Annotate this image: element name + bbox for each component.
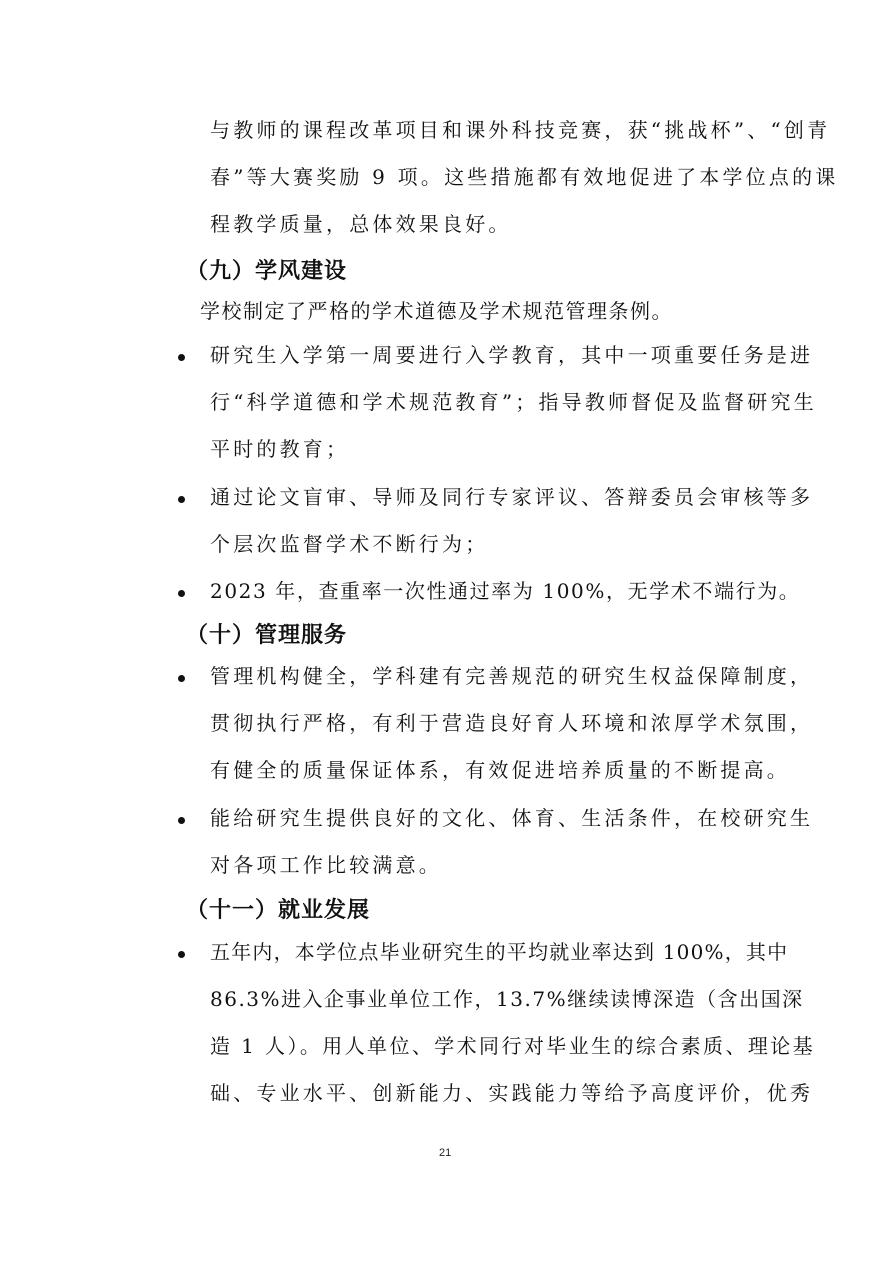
text-line: 与教师的课程改革项目和课外科技竞赛，获“挑战杯”、“创青	[210, 118, 830, 142]
list-item-line: 能给研究生提供良好的文化、体育、生活条件，在校研究生	[210, 806, 813, 830]
list-item-line: 研究生入学第一周要进行入学教育，其中一项重要任务是进	[210, 343, 813, 367]
list-item-line: 管理机构健全，学科建有完善规范的研究生权益保障制度，	[210, 664, 813, 688]
bullet-icon	[178, 354, 185, 361]
section-heading: （十一）就业发展	[186, 898, 370, 924]
list-item-line: 行“科学道德和学术规范教育”；指导教师督促及监督研究生	[210, 390, 817, 414]
list-item-line: 86.3%进入企事业单位工作，13.7%继续读博深造（含出国深	[210, 987, 804, 1011]
text-line: 程教学质量，总体效果良好。	[210, 212, 512, 236]
list-item-line: 通过论文盲审、导师及同行专家评议、答辩委员会审核等多	[210, 485, 813, 509]
list-item-line: 贯彻执行严格，有利于营造良好育人环境和浓厚学术氛围，	[210, 711, 813, 735]
page-number: 21	[439, 1147, 451, 1159]
list-item-line: 有健全的质量保证体系，有效促进培养质量的不断提高。	[210, 758, 790, 782]
list-item-line: 五年内，本学位点毕业研究生的平均就业率达到 100%，其中	[210, 940, 788, 964]
text-line: 春”等大赛奖励 9 项。这些措施都有效地促进了本学位点的课	[210, 165, 838, 189]
list-item-line: 造 1 人）。用人单位、学术同行对毕业生的综合素质、理论基	[210, 1034, 815, 1058]
section-heading: （十）管理服务	[186, 623, 347, 649]
list-item-line: 平时的教育；	[210, 437, 349, 461]
bullet-icon	[178, 817, 185, 824]
list-item-line: 对各项工作比较满意。	[210, 853, 442, 877]
bullet-icon	[178, 675, 185, 682]
bullet-icon	[178, 951, 185, 958]
intro-text: 学校制定了严格的学术道德及学术规范管理条例。	[200, 299, 673, 323]
list-item-line: 2023 年，查重率一次性通过率为 100%，无学术不端行为。	[210, 579, 800, 603]
list-item-line: 个层次监督学术不断行为；	[210, 532, 488, 556]
list-item-line: 础、专业水平、创新能力、实践能力等给予高度评价，优秀	[210, 1081, 813, 1105]
section-heading: （九）学风建设	[186, 259, 347, 285]
bullet-icon	[178, 590, 185, 597]
bullet-icon	[178, 496, 185, 503]
